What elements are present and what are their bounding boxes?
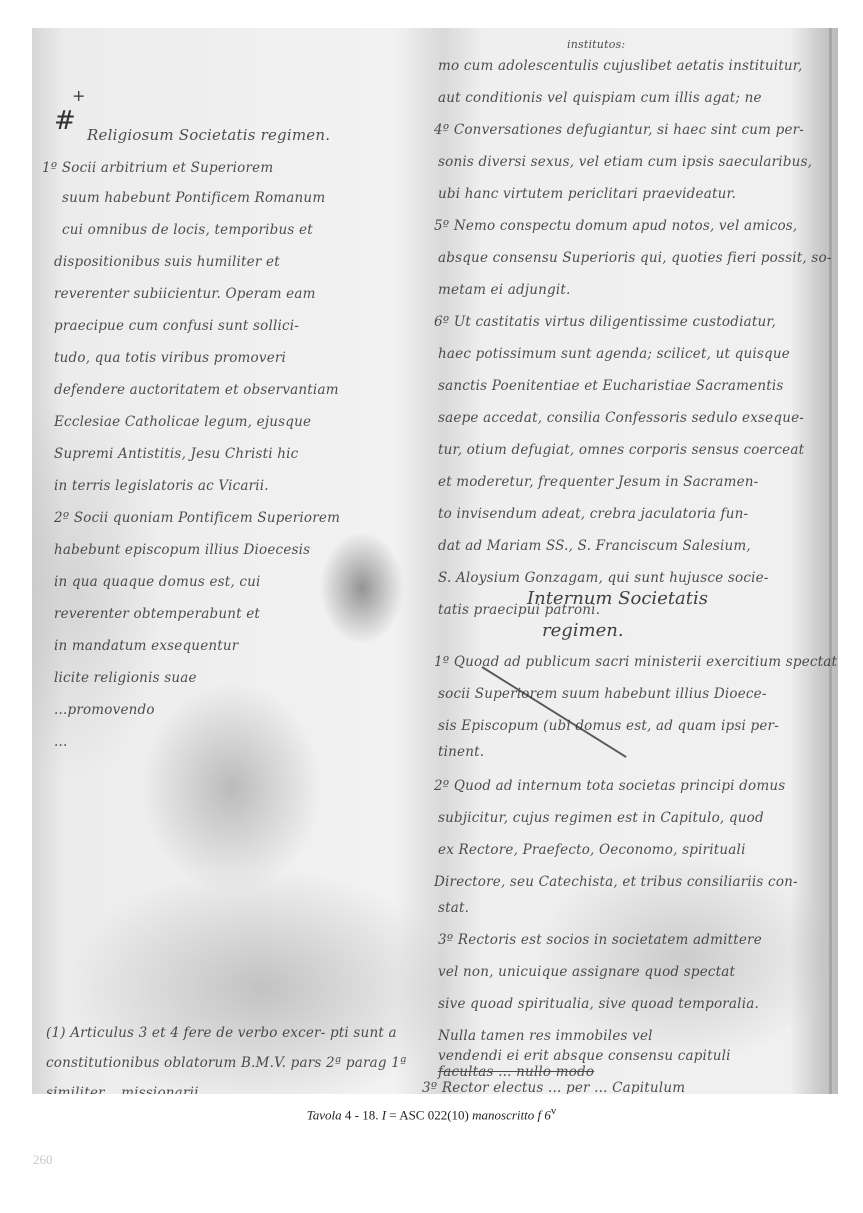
right-line: sanctis Poenitentiae et Eucharistiae Sac…: [438, 378, 784, 394]
right-line: ubi hanc virtutem periclitari praevideat…: [438, 186, 736, 202]
right-line: mo cum adolescentulis cujuslibet aetatis…: [438, 58, 802, 74]
figure-caption: Tavola 4 - 18. I = ASC 022(10) manoscrit…: [0, 1105, 863, 1123]
right-line: facultas ... nullo modo: [438, 1064, 594, 1080]
caption-description: manoscritto: [472, 1107, 534, 1122]
right-line: 5º Nemo conspectu domum apud notos, vel …: [434, 218, 797, 234]
right-column: institutos: mo cum adolescentulis cujusl…: [432, 28, 838, 1094]
right-line: metam ei adjungit.: [438, 282, 571, 298]
right-line: vendendi ei erit absque consensu capitul…: [438, 1048, 731, 1064]
right-line: Directore, seu Catechista, et tribus con…: [434, 874, 798, 890]
caption-folio-sup: v: [551, 1105, 556, 1117]
left-line: Supremi Antistitis, Jesu Christi hic: [54, 446, 298, 462]
cross-mark: +: [72, 86, 85, 105]
right-line: socii Superiorem suum habebunt illius Di…: [438, 686, 767, 702]
caption-number: 4 - 18.: [345, 1107, 379, 1122]
left-line: habebunt episcopum illius Dioecesis: [54, 542, 310, 558]
right-line: absque consensu Superioris qui, quoties …: [438, 250, 832, 266]
left-line: 1º Socii arbitrium et Superiorem: [42, 160, 273, 176]
right-line: 6º Ut castitatis virtus diligentissime c…: [434, 314, 776, 330]
left-line: licite religionis suae: [54, 670, 197, 686]
right-line: saepe accedat, consilia Confessoris sedu…: [438, 410, 804, 426]
left-line: ...: [54, 734, 67, 750]
caption-equals: =: [389, 1107, 396, 1122]
left-line: praecipue cum confusi sunt sollici-: [54, 318, 299, 334]
caption-folio: f 6: [538, 1107, 551, 1122]
right-line: aut conditionis vel quispiam cum illis a…: [438, 90, 762, 106]
right-line: tur, otium defugiat, omnes corporis sens…: [438, 442, 804, 458]
right-line: et moderetur, frequenter Jesum in Sacram…: [438, 474, 758, 490]
right-line: 4º Conversationes defugiantur, si haec s…: [434, 122, 804, 138]
left-line: ...promovendo: [54, 702, 155, 718]
right-line: subjicitur, cujus regimen est in Capitul…: [438, 810, 764, 826]
left-line: defendere auctoritatem et observantiam: [54, 382, 339, 398]
left-line: dispositionibus suis humiliter et: [54, 254, 280, 270]
right-line: 1º Quoad ad publicum sacri ministerii ex…: [434, 654, 837, 670]
right-line: haec potissimum sunt agenda; scilicet, u…: [438, 346, 790, 362]
caption-archive: ASC 022(10): [399, 1107, 469, 1122]
right-line: vel non, unicuique assignare quod specta…: [438, 964, 735, 980]
caption-item: I: [382, 1107, 386, 1122]
right-line: ex Rectore, Praefecto, Oeconomo, spiritu…: [438, 842, 746, 858]
right-line: sis Episcopum (ubi domus est, ad quam ip…: [438, 718, 779, 734]
left-line: Ecclesiae Catholicae legum, ejusque: [54, 414, 311, 430]
right-line: sive quoad spiritualia, sive quoad tempo…: [438, 996, 759, 1012]
right-line: 3º Rector electus ... per ... Capitulum: [422, 1080, 685, 1094]
heading-mark: #: [54, 106, 76, 136]
right-line: 3º Rectoris est socios in societatem adm…: [438, 932, 762, 948]
left-line: in mandatum exsequentur: [54, 638, 238, 654]
right-line: Nulla tamen res immobiles vel: [438, 1028, 653, 1044]
manuscript-scan: # + Religiosum Societatis regimen. 1º So…: [32, 28, 838, 1094]
left-column: # + Religiosum Societatis regimen. 1º So…: [32, 28, 432, 1094]
right-line: dat ad Mariam SS., S. Franciscum Salesiu…: [438, 538, 751, 554]
left-line: in terris legislatoris ac Vicarii.: [54, 478, 269, 494]
left-line: in qua quaque domus est, cui: [54, 574, 261, 590]
right-line: 2º Quod ad internum tota societas princi…: [434, 778, 785, 794]
right-line: stat.: [438, 900, 469, 916]
caption-prefix: Tavola: [307, 1107, 342, 1122]
section-title-line1: Internum Societatis: [527, 588, 708, 609]
right-line: sonis diversi sexus, vel etiam cum ipsis…: [438, 154, 812, 170]
left-line: reverenter obtemperabunt et: [54, 606, 260, 622]
right-line: to invisendum adeat, crebra jaculatoria …: [438, 506, 748, 522]
left-line: 2º Socii quoniam Pontificem Superiorem: [54, 510, 340, 526]
left-line: suum habebunt Pontificem Romanum: [62, 190, 325, 206]
right-line: S. Aloysium Gonzagam, qui sunt hujusce s…: [438, 570, 769, 586]
left-footnote: (1) Articulus 3 et 4 fere de verbo excer…: [46, 1018, 426, 1094]
page-number: 260: [33, 1152, 53, 1168]
strike-through-cross: [481, 666, 626, 758]
section-title-line2: regimen.: [542, 620, 624, 641]
left-line: cui omnibus de locis, temporibus et: [62, 222, 313, 238]
left-line: reverenter subiicientur. Operam eam: [54, 286, 316, 302]
right-line: institutos:: [567, 38, 625, 51]
left-line: tudo, qua totis viribus promoveri: [54, 350, 286, 366]
left-title: Religiosum Societatis regimen.: [87, 126, 330, 144]
right-line: tinent.: [438, 744, 484, 760]
